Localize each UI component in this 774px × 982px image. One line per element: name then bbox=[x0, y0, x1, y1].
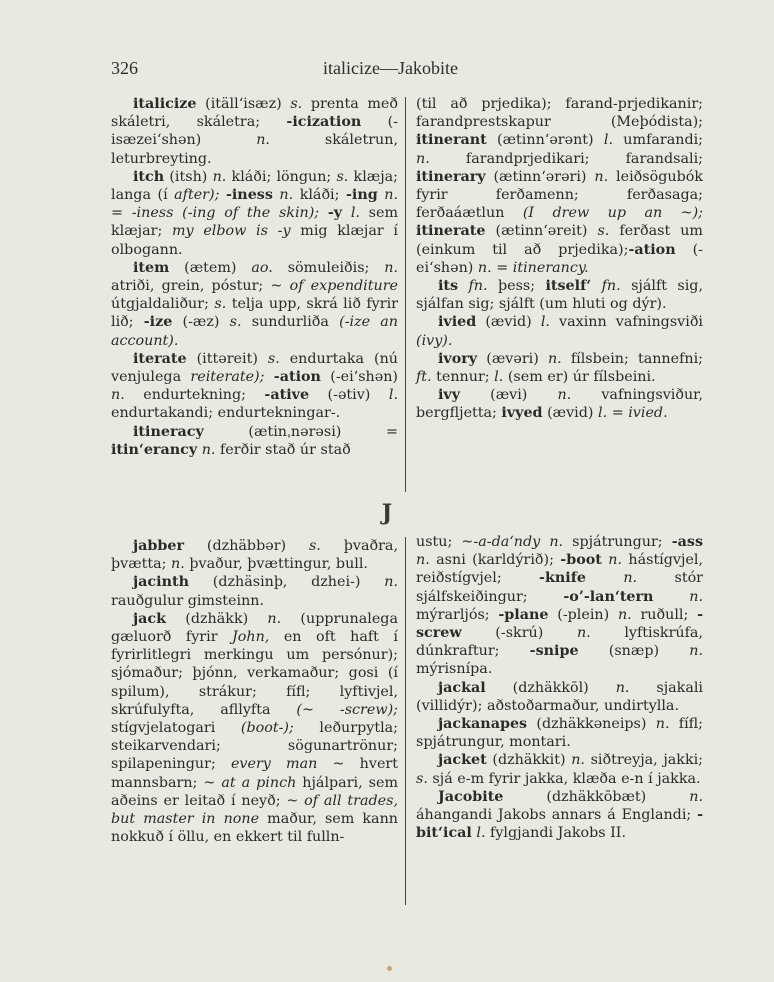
entry-text: fylgjandi Jakobs II. bbox=[486, 825, 626, 841]
headword: item bbox=[133, 260, 169, 276]
dictionary-entry: jacinth (dzhäsinþ, dzhei-) n. rauðgulur … bbox=[111, 573, 398, 609]
italic-text: l. bbox=[494, 369, 503, 385]
headword: jackanapes bbox=[438, 716, 527, 732]
entry-text: spjátrungur; bbox=[563, 534, 672, 550]
italic-text: s. bbox=[268, 351, 280, 367]
headword: jacket bbox=[438, 752, 487, 768]
entry-text: tennur; bbox=[432, 369, 495, 385]
entry-text: (itsh) bbox=[164, 169, 212, 185]
headword: ivy bbox=[438, 387, 460, 403]
column-divider-top bbox=[405, 97, 406, 492]
dictionary-entry: italicize (itäll‘isæz) s. prenta með ská… bbox=[111, 95, 398, 168]
entry-text: (dzhäkkōl) bbox=[486, 680, 616, 696]
italic-text: n. bbox=[384, 187, 398, 203]
entry-text bbox=[342, 205, 351, 221]
italic-text: n. bbox=[594, 169, 608, 185]
entry-text: umfarandi; bbox=[613, 132, 703, 148]
page-header: 326 italicize—Jakobite bbox=[111, 58, 691, 82]
italic-text: l. bbox=[351, 205, 360, 221]
italic-text: n. bbox=[557, 387, 571, 403]
dictionary-entry: its fn. þess; itself‘ fn. sjálft sig, sj… bbox=[416, 277, 703, 313]
headword: itineracy bbox=[133, 424, 204, 440]
italic-text: n. bbox=[267, 611, 281, 627]
entry-text: þess; bbox=[488, 278, 546, 294]
page-speck bbox=[387, 966, 392, 971]
column-bottom-left: jabber (dzhäbbər) s. þvaðra, þvætta; n. … bbox=[111, 537, 398, 846]
entry-text: (-skrú) bbox=[462, 625, 577, 641]
entry-text: (ævəri) bbox=[477, 351, 548, 367]
italic-text: n. bbox=[171, 556, 185, 572]
italic-text: (I drew up an ~); bbox=[523, 205, 703, 221]
dictionary-entry: iterate (ittəreit) s. endurtaka (nú venj… bbox=[111, 350, 398, 423]
dictionary-entry: Jacobite (dzhäkkōbæt) n. áhangandi Jakob… bbox=[416, 788, 703, 843]
italic-text: of expenditure bbox=[290, 278, 398, 294]
entry-text: = bbox=[492, 260, 513, 276]
italic-text: l. bbox=[604, 132, 613, 148]
entry-text: kláði; bbox=[293, 187, 346, 203]
headword: -iness bbox=[226, 187, 273, 203]
italic-text: l. bbox=[389, 387, 398, 403]
headword: -y bbox=[328, 205, 342, 221]
entry-text: (dzhäkkəneips) bbox=[527, 716, 656, 732]
dictionary-entry: ivory (ævəri) n. fílsbein; tannefni; ft.… bbox=[416, 350, 703, 386]
entry-text: áhangandi Jakobs annars á Englandi; bbox=[416, 807, 697, 823]
entry-text: = bbox=[111, 205, 132, 221]
italic-text: n. bbox=[616, 680, 630, 696]
headword: -boot bbox=[560, 552, 602, 568]
italic-text: s. bbox=[230, 314, 242, 330]
italic-text: itinerancy. bbox=[513, 260, 589, 276]
headword: jackal bbox=[438, 680, 486, 696]
entry-text: vaxinn vafningsviði bbox=[550, 314, 703, 330]
entry-text: þvaður, þvættingur, bull. bbox=[185, 556, 368, 572]
entry-text: (til að prjedika); farand-prjedikanir; f… bbox=[416, 96, 703, 130]
entry-text: ustu; ~ bbox=[416, 534, 473, 550]
italic-text: l. bbox=[476, 825, 485, 841]
entry-text: (ævid) bbox=[543, 405, 598, 421]
headword: italicize bbox=[133, 96, 197, 112]
headword: -ative bbox=[264, 387, 309, 403]
column-top-right: (til að prjedika); farand-prjedikanir; f… bbox=[416, 95, 703, 423]
entry-text: sundurliða bbox=[242, 314, 340, 330]
dictionary-entry: jackal (dzhäkkōl) n. sjakali (villidýr);… bbox=[416, 679, 703, 715]
italic-text: (boot-); bbox=[241, 720, 294, 736]
headword: Jacobite bbox=[438, 789, 503, 805]
running-head: italicize—Jakobite bbox=[323, 58, 458, 79]
italic-text: my elbow is -y bbox=[172, 223, 291, 239]
headword: itself‘ bbox=[545, 278, 591, 294]
italic-text: n. bbox=[623, 570, 637, 586]
headword: itinerate bbox=[416, 223, 485, 239]
italic-text: at a pinch bbox=[221, 775, 296, 791]
italic-text: n. bbox=[384, 574, 398, 590]
italic-text: ft. bbox=[416, 369, 432, 385]
column-divider-bottom bbox=[405, 537, 406, 905]
italic-text: n. bbox=[656, 716, 670, 732]
entry-text: (-plein) bbox=[548, 607, 617, 623]
entry-text: (ætinn‘ərəri) bbox=[486, 169, 595, 185]
entry-text: farandprjedikari; farandsali; bbox=[430, 151, 703, 167]
dictionary-entry: jacket (dzhäkkit) n. siðtreyja, jakki; s… bbox=[416, 751, 703, 787]
dictionary-entry: itineracy (ætinˌnərəsi) = itin‘erancy n.… bbox=[111, 423, 398, 459]
italic-text: -iness (-ing of the skin); bbox=[132, 205, 319, 221]
section-letter: J bbox=[0, 500, 774, 526]
entry-text: (ætinn‘əreit) bbox=[485, 223, 597, 239]
entry-text: siðtreyja, jakki; bbox=[585, 752, 703, 768]
entry-text: ruðull; bbox=[632, 607, 697, 623]
italic-text: fn. bbox=[469, 278, 488, 294]
entry-text: (ætem) bbox=[169, 260, 251, 276]
italic-text: l. bbox=[598, 405, 607, 421]
entry-text: kláði; löngun; bbox=[226, 169, 336, 185]
dictionary-entry: itch (itsh) n. kláði; löngun; s. klæja; … bbox=[111, 168, 398, 259]
italic-text: n. bbox=[416, 552, 430, 568]
entry-text bbox=[458, 278, 468, 294]
entry-text: ferðir stað úr stað bbox=[215, 442, 350, 458]
dictionary-entry: jackanapes (dzhäkkəneips) n. fífl; spját… bbox=[416, 715, 703, 751]
entry-text: (dzhäsinþ, dzhei-) bbox=[189, 574, 384, 590]
headword: its bbox=[438, 278, 458, 294]
italic-text: n. bbox=[608, 552, 622, 568]
italic-text: n. bbox=[478, 260, 492, 276]
dictionary-entry: jack (dzhäkk) n. (upprunalega gæluorð fy… bbox=[111, 610, 398, 847]
headword: iterate bbox=[133, 351, 187, 367]
entry-text: (-æz) bbox=[172, 314, 229, 330]
entry-text: (ætinˌnərəsi) = bbox=[204, 424, 398, 440]
italic-text: (~ -screw); bbox=[296, 702, 398, 718]
italic-text: n. bbox=[548, 351, 562, 367]
italic-text: n. bbox=[689, 643, 703, 659]
entry-text bbox=[591, 278, 601, 294]
entry-text: útgjaldaliður; bbox=[111, 296, 214, 312]
entry-text: (ævid) bbox=[476, 314, 541, 330]
headword: -ize bbox=[144, 314, 173, 330]
italic-text: s. bbox=[336, 169, 348, 185]
dictionary-entry: jabber (dzhäbbər) s. þvaðra, þvætta; n. … bbox=[111, 537, 398, 573]
dictionary-entry: ivy (ævi) n. vafningsviður, bergfljetta;… bbox=[416, 386, 703, 422]
headword: -ing bbox=[346, 187, 378, 203]
column-bottom-right: ustu; ~-a-da‘ndy n. spjátrungur; -ass n.… bbox=[416, 533, 703, 842]
headword: -ation bbox=[274, 369, 321, 385]
entry-text: atriði, grein, póstur; ~ bbox=[111, 278, 290, 294]
headword: itin‘erancy bbox=[111, 442, 197, 458]
italic-text: s. bbox=[214, 296, 226, 312]
italic-text: -a-da‘ndy n. bbox=[473, 534, 563, 550]
entry-text: (dzhäkkit) bbox=[487, 752, 571, 768]
entry-text: (sem er) úr fílsbeini. bbox=[503, 369, 655, 385]
headword: -o’-lan‘tern bbox=[563, 589, 653, 605]
entry-text: (dzhäkkōbæt) bbox=[503, 789, 689, 805]
headword: jack bbox=[133, 611, 166, 627]
entry-text: (dzhäbbər) bbox=[184, 538, 309, 554]
entry-text bbox=[653, 589, 689, 605]
italic-text: n. bbox=[256, 132, 270, 148]
italic-text: n. bbox=[571, 752, 585, 768]
headword: ivory bbox=[438, 351, 477, 367]
entry-text: = bbox=[607, 405, 628, 421]
headword: -plane bbox=[498, 607, 548, 623]
entry-text: (ævi) bbox=[460, 387, 557, 403]
headword: ivied bbox=[438, 314, 476, 330]
italic-text: every man ~ bbox=[231, 756, 345, 772]
headword: -icization bbox=[286, 114, 361, 130]
headword: jabber bbox=[133, 538, 184, 554]
italic-text: n. bbox=[416, 151, 430, 167]
italic-text: ao. bbox=[251, 260, 272, 276]
entry-text: (-ei‘shən) bbox=[321, 369, 398, 385]
entry-text: (ætinn‘ərənt) bbox=[487, 132, 604, 148]
entry-text: (dzhäkk) bbox=[166, 611, 267, 627]
italic-text: reiterate); bbox=[190, 369, 264, 385]
entry-text bbox=[586, 570, 623, 586]
italic-text: fn. bbox=[602, 278, 621, 294]
italic-text: s. bbox=[290, 96, 302, 112]
entry-text: (itäll‘isæz) bbox=[197, 96, 291, 112]
entry-text: (ittəreit) bbox=[187, 351, 268, 367]
italic-text: n. bbox=[279, 187, 293, 203]
italic-text: John, bbox=[232, 629, 269, 645]
italic-text: n. bbox=[689, 789, 703, 805]
italic-text: n. bbox=[618, 607, 632, 623]
italic-text: n. bbox=[577, 625, 591, 641]
entry-text: asni (karldýrið); bbox=[430, 552, 561, 568]
headword: -knife bbox=[539, 570, 586, 586]
dictionary-entry: ivied (ævid) l. vaxinn vafningsviði (ivy… bbox=[416, 313, 703, 349]
entry-text: stígvjelatogari bbox=[111, 720, 241, 736]
italic-text: s. bbox=[597, 223, 609, 239]
italic-text: (ivy). bbox=[416, 333, 452, 349]
entry-text: mýrisnípa. bbox=[416, 661, 492, 677]
entry-text: endurtakandi; endurtekningar-. bbox=[111, 405, 340, 421]
entry-text: sjá e-m fyrir jakka, klæða e-n í jakka. bbox=[428, 771, 701, 787]
italic-text: ivied. bbox=[628, 405, 667, 421]
italic-text: after); bbox=[174, 187, 219, 203]
entry-text: rauðgulur gimsteinn. bbox=[111, 593, 264, 609]
dictionary-entry: (til að prjedika); farand-prjedikanir; f… bbox=[416, 95, 703, 277]
entry-text: fílsbein; tannefni; bbox=[562, 351, 703, 367]
headword: itinerary bbox=[416, 169, 486, 185]
entry-text: endurtekning; bbox=[125, 387, 265, 403]
italic-text: n. bbox=[384, 260, 398, 276]
italic-text: s. bbox=[309, 538, 321, 554]
dictionary-entry: ustu; ~-a-da‘ndy n. spjátrungur; -ass n.… bbox=[416, 533, 703, 679]
headword: -snipe bbox=[530, 643, 579, 659]
page-number: 326 bbox=[111, 58, 138, 79]
italic-text: n. bbox=[111, 387, 125, 403]
headword: itch bbox=[133, 169, 164, 185]
headword: -ass bbox=[672, 534, 703, 550]
entry-text: (snæp) bbox=[579, 643, 690, 659]
entry-text: sömuleiðis; bbox=[273, 260, 384, 276]
entry-text bbox=[319, 205, 328, 221]
italic-text: s. bbox=[416, 771, 428, 787]
headword: ivyed bbox=[501, 405, 542, 421]
headword: -ation bbox=[628, 242, 675, 258]
italic-text: n. bbox=[689, 589, 703, 605]
italic-text: n. bbox=[213, 169, 227, 185]
entry-text: mýrarljós; bbox=[416, 607, 498, 623]
entry-text bbox=[264, 369, 273, 385]
column-top-left: italicize (itäll‘isæz) s. prenta með ská… bbox=[111, 95, 398, 459]
italic-text: l. bbox=[541, 314, 550, 330]
headword: itinerant bbox=[416, 132, 487, 148]
entry-text: (-ətiv) bbox=[309, 387, 389, 403]
headword: jacinth bbox=[133, 574, 189, 590]
dictionary-entry: item (ætem) ao. sömuleiðis; n. atriði, g… bbox=[111, 259, 398, 350]
italic-text: n. bbox=[202, 442, 216, 458]
